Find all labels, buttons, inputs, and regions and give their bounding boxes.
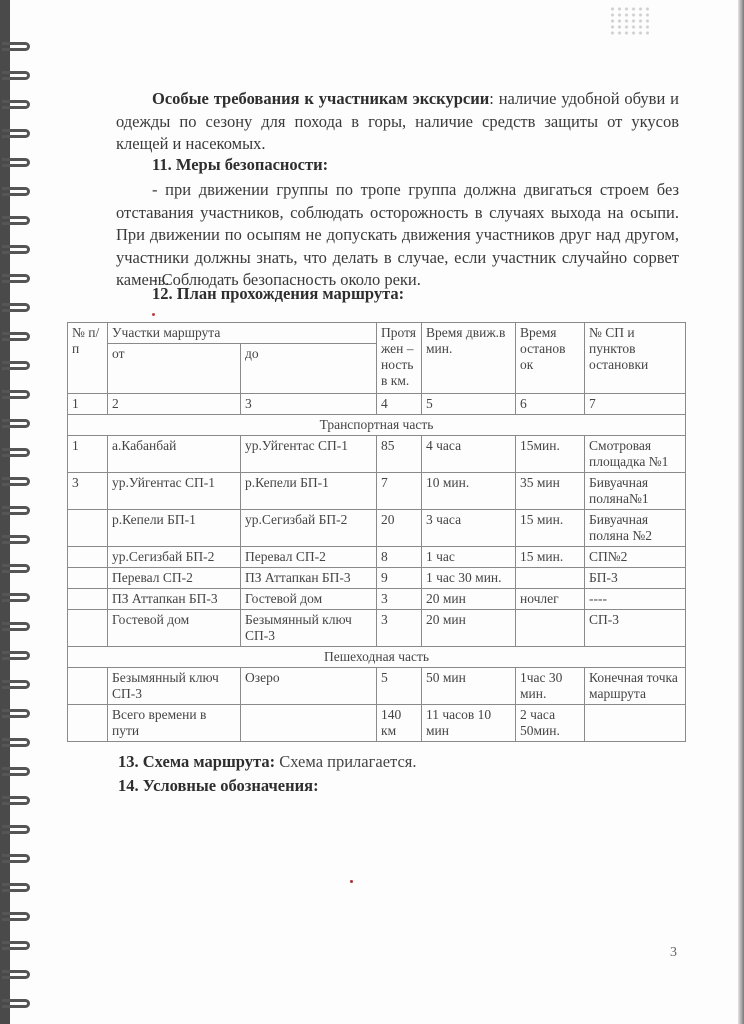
cell-point: СП№2 (585, 547, 686, 568)
cell-point: Конечная точка маршрута (585, 668, 686, 705)
cell-num (68, 668, 108, 705)
table-row: Гостевой домБезымянный ключ СП-3320 минС… (68, 610, 686, 647)
binding-ring (2, 767, 30, 776)
cell-length: 20 (377, 510, 422, 547)
cell-move: 20 мин (422, 589, 516, 610)
scan-speck (152, 313, 155, 316)
requirements-paragraph: Особые требования к участникам экскурсии… (116, 88, 679, 156)
binding-ring (2, 274, 30, 283)
cell-point: ---- (585, 589, 686, 610)
column-number: 7 (585, 394, 686, 415)
section-row-transport: Транспортная часть (68, 415, 686, 436)
page-edge-shadow (738, 0, 744, 1024)
table-row: Перевал СП-2ПЗ Аттапкан БП-391 час 30 ми… (68, 568, 686, 589)
requirements-label: Особые требования к участникам экскурсии (152, 89, 489, 108)
header-segments: Участки маршрута (108, 323, 377, 344)
binding-ring (2, 245, 30, 254)
binding-ring (2, 825, 30, 834)
section-13-text: Схема прилагается. (275, 752, 416, 771)
table-row: Безымянный ключ СП-3Озеро550 мин1час 30 … (68, 668, 686, 705)
binding-ring (2, 361, 30, 370)
cell-length: 85 (377, 436, 422, 473)
cell-to: Перевал СП-2 (241, 547, 377, 568)
cell-to: р.Кепели БП-1 (241, 473, 377, 510)
cell-to (241, 705, 377, 742)
binding-ring (2, 883, 30, 892)
column-number: 1 (68, 394, 108, 415)
cell-from: Перевал СП-2 (108, 568, 241, 589)
cell-point: Бивуачная поляна №2 (585, 510, 686, 547)
cell-stop: 35 мин (516, 473, 585, 510)
column-number: 2 (108, 394, 241, 415)
cell-from: Гостевой дом (108, 610, 241, 647)
cell-to: ПЗ Аттапкан БП-3 (241, 568, 377, 589)
table-row: ПЗ Аттапкан БП-3Гостевой дом320 минночле… (68, 589, 686, 610)
cell-num: 3 (68, 473, 108, 510)
cell-stop: 15 мин. (516, 547, 585, 568)
cell-move: 20 мин (422, 610, 516, 647)
route-plan-table: № п/п Участки маршрута Протя жен – ность… (67, 322, 686, 742)
section-12-heading: 12. План прохождения маршрута: (152, 284, 404, 304)
cell-move: 1 час 30 мин. (422, 568, 516, 589)
cell-from: а.Кабанбай (108, 436, 241, 473)
cell-num (68, 547, 108, 568)
binding-ring (2, 564, 30, 573)
section-14-heading: 14. Условные обозначения: (118, 776, 319, 796)
binding-ring (2, 477, 30, 486)
binding-ring (2, 651, 30, 660)
cell-from: ПЗ Аттапкан БП-3 (108, 589, 241, 610)
cell-to: Гостевой дом (241, 589, 377, 610)
header-move-time: Время движ.в мин. (422, 323, 516, 394)
table-header-row: № п/п Участки маршрута Протя жен – ность… (68, 323, 686, 344)
binding-ring (2, 216, 30, 225)
binding-ring (2, 796, 30, 805)
cell-length: 5 (377, 668, 422, 705)
header-points: № СП и пунктов остановки (585, 323, 686, 394)
scan-noise (609, 6, 649, 36)
cell-length: 9 (377, 568, 422, 589)
binding-ring (2, 709, 30, 718)
cell-point (585, 705, 686, 742)
cell-move: 4 часа (422, 436, 516, 473)
table-row: 1а.Кабанбайур.Уйгентас СП-1854 часа15мин… (68, 436, 686, 473)
binding-ring (2, 970, 30, 979)
page-number: 3 (670, 945, 677, 961)
binding-ring (2, 71, 30, 80)
binding-ring (2, 42, 30, 51)
cell-stop (516, 568, 585, 589)
cell-length: 3 (377, 589, 422, 610)
section-row-walking: Пешеходная часть (68, 647, 686, 668)
cell-point: СП-3 (585, 610, 686, 647)
binding-ring (2, 506, 30, 515)
cell-to: ур.Уйгентас СП-1 (241, 436, 377, 473)
cell-move: 10 мин. (422, 473, 516, 510)
section-walking-label: Пешеходная часть (68, 647, 686, 668)
table-row: р.Кепели БП-1ур.Сегизбай БП-2203 часа15 … (68, 510, 686, 547)
binding-ring (2, 738, 30, 747)
binding-ring (2, 941, 30, 950)
column-number: 5 (422, 394, 516, 415)
section-13-heading: 13. Схема маршрута: (118, 752, 275, 771)
cell-from: ур.Сегизбай БП-2 (108, 547, 241, 568)
cell-num: 1 (68, 436, 108, 473)
header-to: до (241, 344, 377, 394)
cell-point: БП-3 (585, 568, 686, 589)
cell-from: Безымянный ключ СП-3 (108, 668, 241, 705)
cell-stop: 15мин. (516, 436, 585, 473)
cell-point: Смотровая площадка №1 (585, 436, 686, 473)
cell-stop: ночлег (516, 589, 585, 610)
cell-move: 11 часов 10 мин (422, 705, 516, 742)
cell-num (68, 610, 108, 647)
binding-ring (2, 680, 30, 689)
cell-length: 8 (377, 547, 422, 568)
header-from: от (108, 344, 241, 394)
table-row: ур.Сегизбай БП-2Перевал СП-281 час15 мин… (68, 547, 686, 568)
cell-from: ур.Уйгентас СП-1 (108, 473, 241, 510)
column-number: 3 (241, 394, 377, 415)
cell-from: Всего времени в пути (108, 705, 241, 742)
binding-ring (2, 854, 30, 863)
binding-ring (2, 419, 30, 428)
binding-ring (2, 535, 30, 544)
cell-move: 50 мин (422, 668, 516, 705)
cell-move: 3 часа (422, 510, 516, 547)
header-length: Протя жен – ность в км. (377, 323, 422, 394)
binding-ring (2, 158, 30, 167)
column-number: 6 (516, 394, 585, 415)
binding-ring (2, 448, 30, 457)
cell-length: 140 км (377, 705, 422, 742)
binding-ring (2, 332, 30, 341)
binding-ring (2, 912, 30, 921)
cell-length: 7 (377, 473, 422, 510)
cell-to: ур.Сегизбай БП-2 (241, 510, 377, 547)
cell-num (68, 705, 108, 742)
binding-ring (2, 187, 30, 196)
binding-ring (2, 303, 30, 312)
cell-to: Безымянный ключ СП-3 (241, 610, 377, 647)
binding-ring (2, 999, 30, 1008)
column-number: 4 (377, 394, 422, 415)
table-row: 3ур.Уйгентас СП-1р.Кепели БП-1710 мин.35… (68, 473, 686, 510)
binding-ring (2, 622, 30, 631)
cell-stop: 15 мин. (516, 510, 585, 547)
cell-num (68, 568, 108, 589)
cell-move: 1 час (422, 547, 516, 568)
cell-num (68, 510, 108, 547)
cell-stop: 2 часа 50мин. (516, 705, 585, 742)
binding-ring (2, 593, 30, 602)
section-13-paragraph: 13. Схема маршрута: Схема прилагается. (118, 752, 416, 772)
cell-stop: 1час 30 мин. (516, 668, 585, 705)
cell-to: Озеро (241, 668, 377, 705)
binding-ring (2, 390, 30, 399)
cell-point: Бивуачная поляна№1 (585, 473, 686, 510)
binding-ring (2, 129, 30, 138)
cell-from: р.Кепели БП-1 (108, 510, 241, 547)
binding-ring (2, 100, 30, 109)
scan-speck (350, 880, 353, 883)
section-transport-label: Транспортная часть (68, 415, 686, 436)
cell-stop (516, 610, 585, 647)
header-stop-time: Время останов ок (516, 323, 585, 394)
column-numbers-row: 1 2 3 4 5 6 7 (68, 394, 686, 415)
table-row: Всего времени в пути140 км11 часов 10 ми… (68, 705, 686, 742)
header-num: № п/п (68, 323, 108, 394)
section-11-heading: 11. Меры безопасности: (152, 155, 328, 175)
cell-num (68, 589, 108, 610)
cell-length: 3 (377, 610, 422, 647)
